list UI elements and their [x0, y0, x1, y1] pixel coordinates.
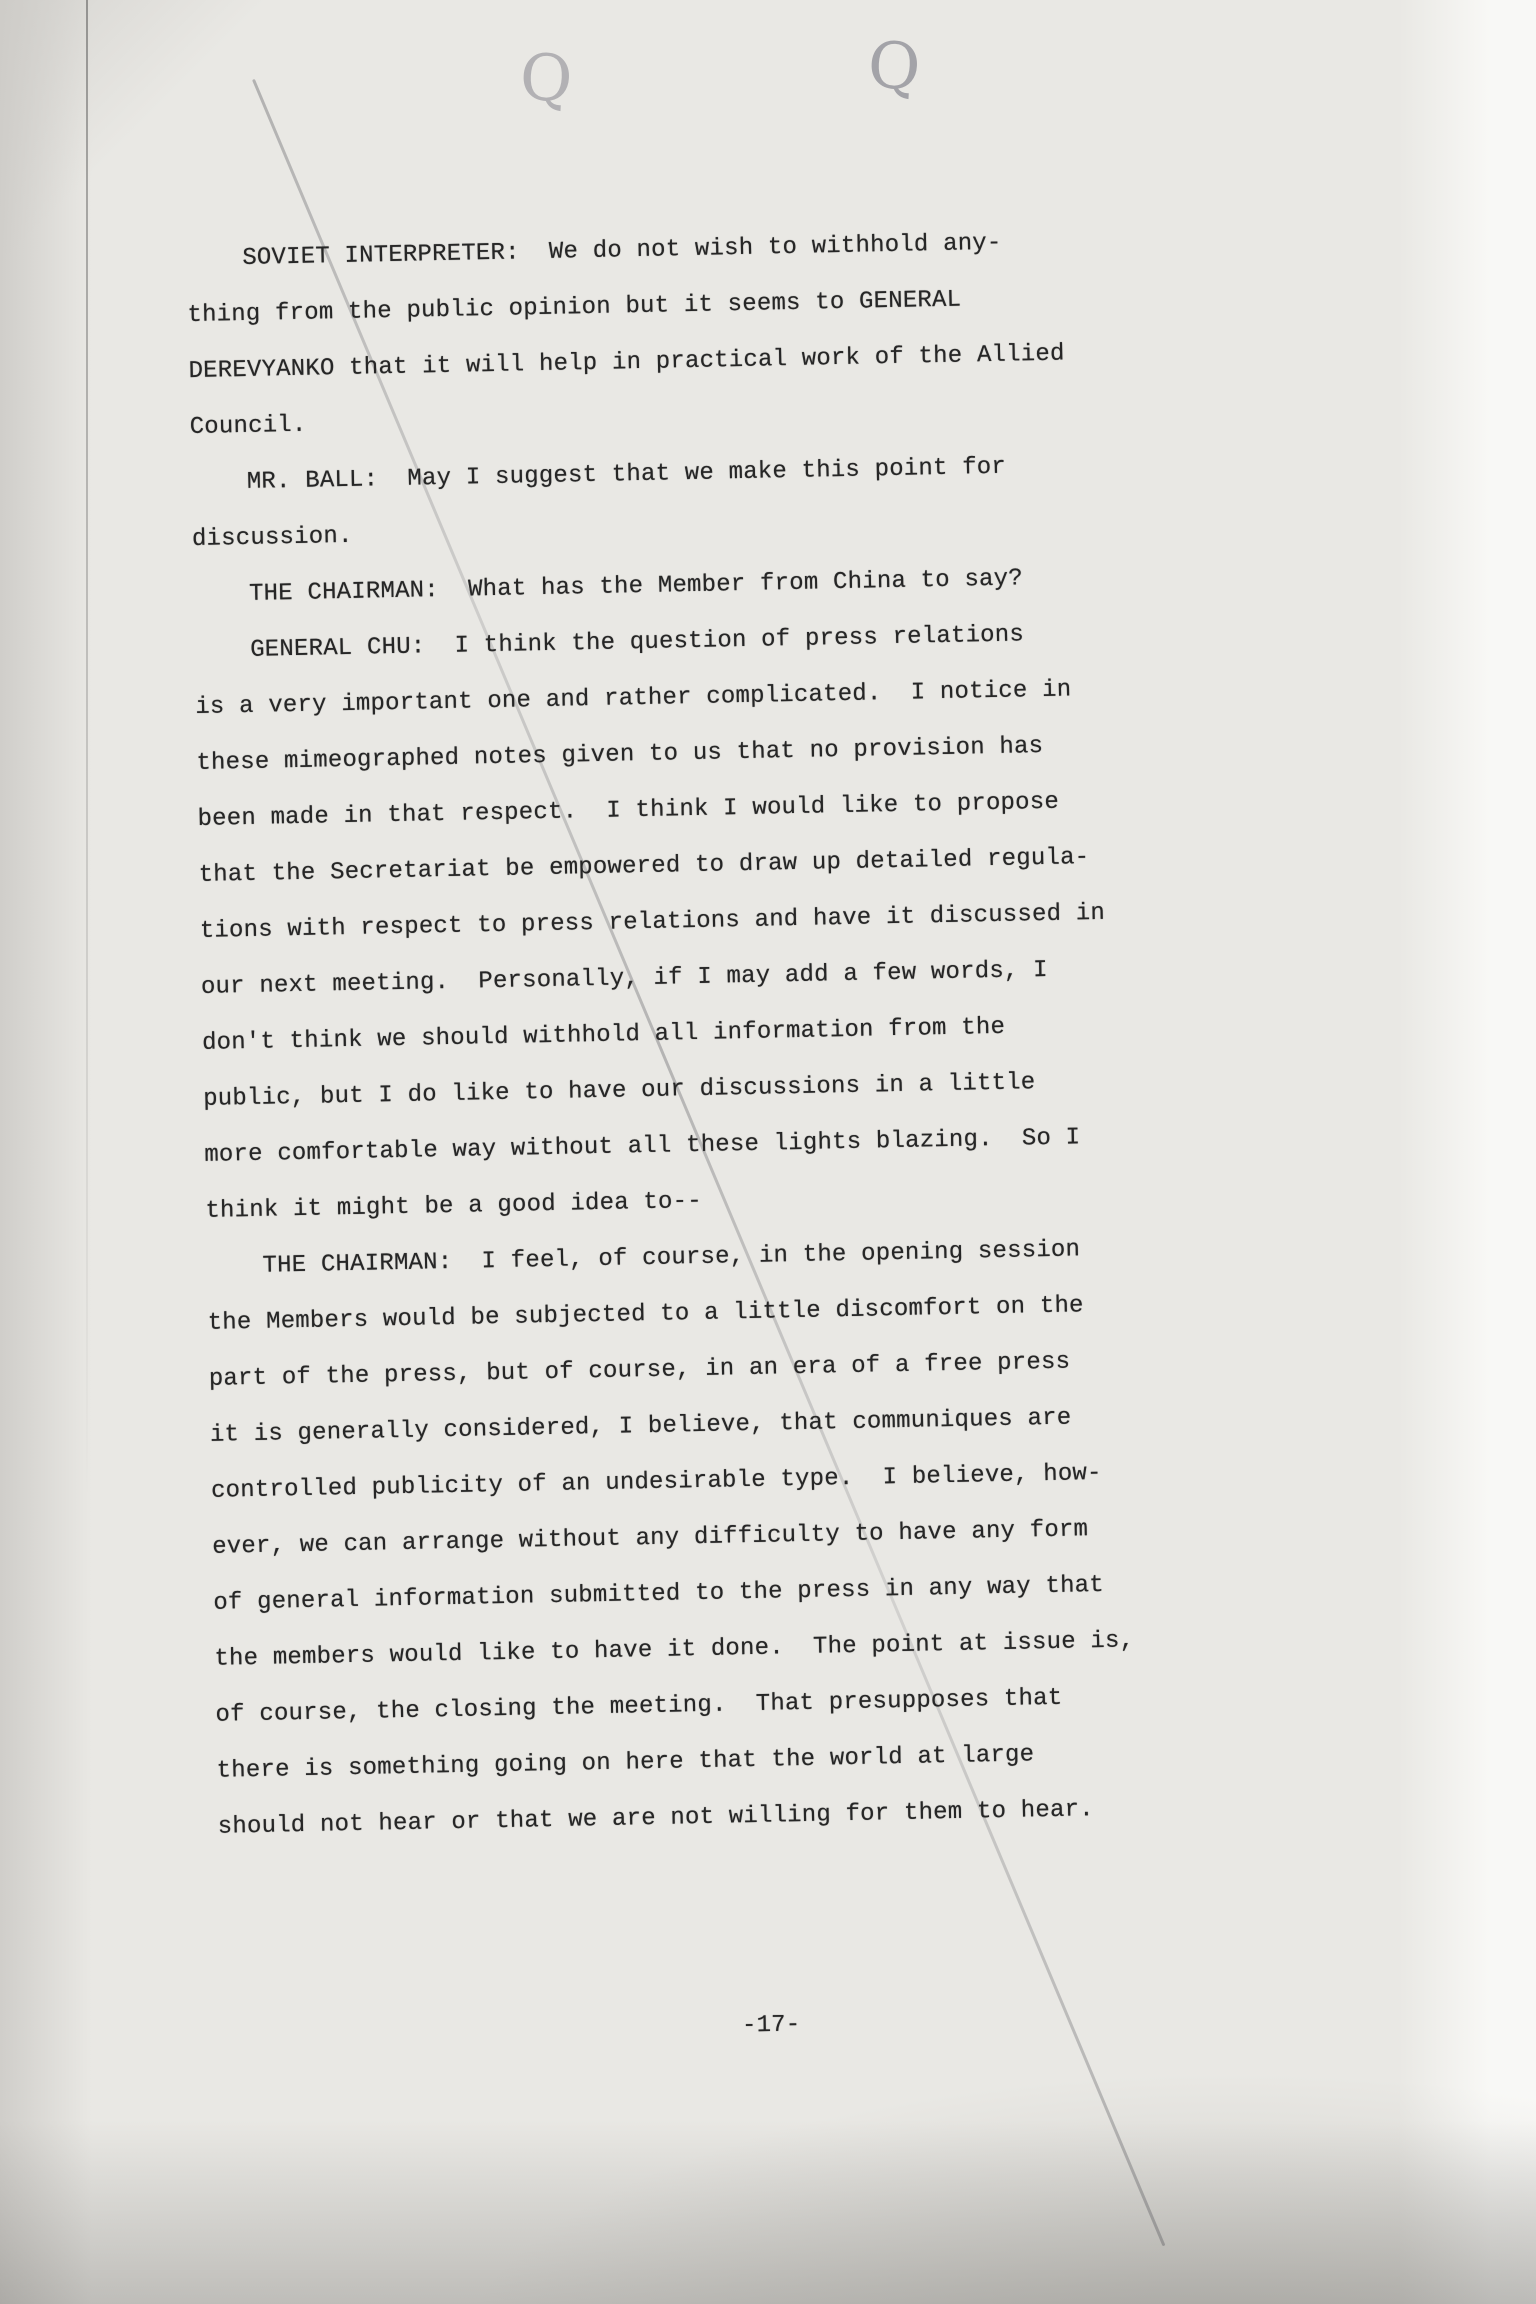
- handwritten-mark-q-right: Q: [866, 29, 922, 106]
- paper-edge-line: [86, 0, 88, 1500]
- scanned-page: Q Q SOVIET INTERPRETER: We do not wish t…: [0, 0, 1536, 2304]
- handwritten-mark-q-left: Q: [518, 41, 574, 118]
- page-number: -17-: [742, 2011, 801, 2039]
- typewritten-text-block: SOVIET INTERPRETER: We do not wish to wi…: [186, 212, 1208, 1856]
